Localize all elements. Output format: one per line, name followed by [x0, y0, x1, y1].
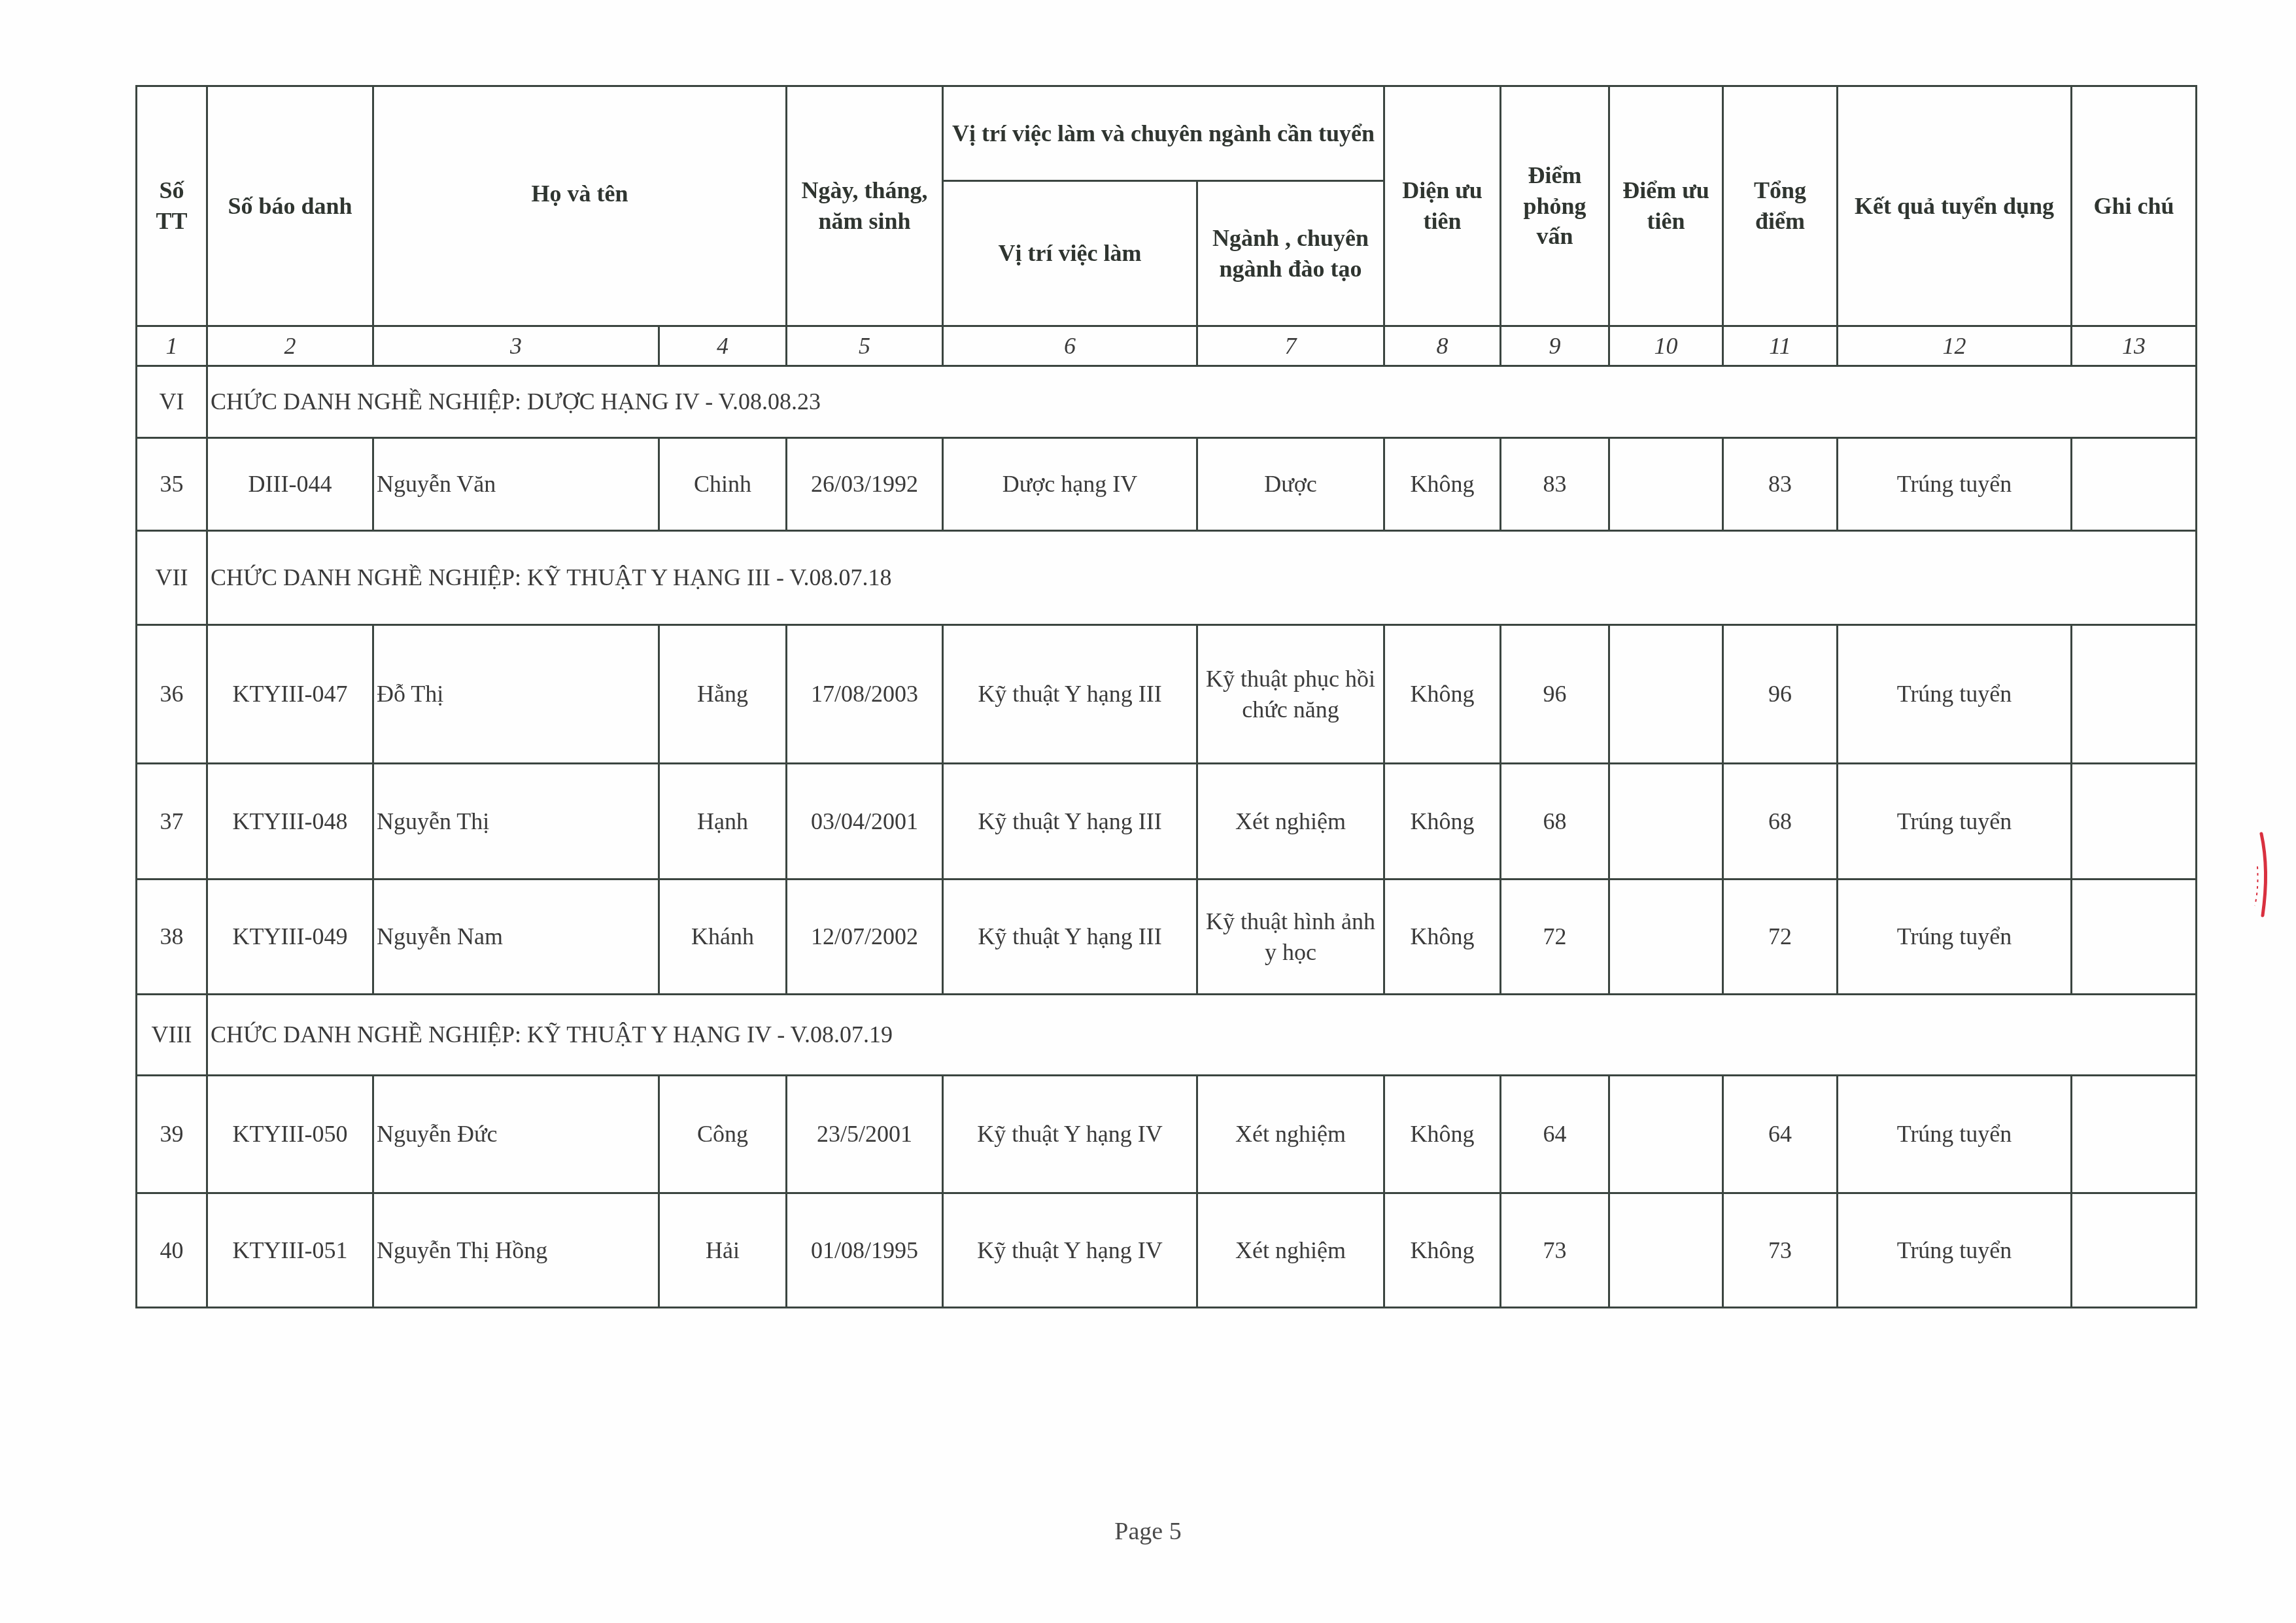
cell-diem-uu-tien	[1609, 1076, 1723, 1193]
cell-ngay-sinh: 01/08/1995	[787, 1193, 943, 1308]
cell-diem-uu-tien	[1609, 625, 1723, 764]
document-page: Số TT Số báo danh Họ và tên Ngày, tháng,…	[0, 0, 2296, 1623]
section-title: CHỨC DANH NGHỀ NGHIỆP: KỸ THUẬT Y HẠNG I…	[207, 995, 2197, 1076]
cell-dien-uu-tien: Không	[1384, 764, 1501, 880]
cell-ghi-chu	[2072, 1193, 2197, 1308]
cell-nganh: Kỹ thuật hình ảnh y học	[1197, 880, 1384, 995]
column-number-7: 7	[1197, 326, 1384, 366]
table-row: 40KTYIII-051Nguyễn Thị HồngHải01/08/1995…	[137, 1193, 2197, 1308]
recruitment-results-table: Số TT Số báo danh Họ và tên Ngày, tháng,…	[135, 85, 2197, 1308]
cell-ket-qua: Trúng tuyển	[1838, 625, 2072, 764]
cell-dien-uu-tien: Không	[1384, 438, 1501, 531]
header-diem-uu-tien: Điểm ưu tiên	[1609, 86, 1723, 326]
column-number-8: 8	[1384, 326, 1501, 366]
header-dien-uu-tien: Diện ưu tiên	[1384, 86, 1501, 326]
cell-ngay-sinh: 17/08/2003	[787, 625, 943, 764]
cell-vi-tri: Kỹ thuật Y hạng IV	[943, 1193, 1197, 1308]
cell-ten: Chinh	[659, 438, 787, 531]
cell-ngay-sinh: 03/04/2001	[787, 764, 943, 880]
cell-stt: 36	[137, 625, 207, 764]
cell-sbd: DIII-044	[207, 438, 373, 531]
cell-diem-phong-van: 64	[1501, 1076, 1609, 1193]
cell-ho: Nguyễn Thị Hồng	[373, 1193, 659, 1308]
cell-nganh: Xét nghiệm	[1197, 1193, 1384, 1308]
cell-stt: 39	[137, 1076, 207, 1193]
column-number-5: 5	[787, 326, 943, 366]
header-tong-diem: Tổng điểm	[1723, 86, 1838, 326]
table-row: 36KTYIII-047Đỗ ThịHằng17/08/2003Kỹ thuật…	[137, 625, 2197, 764]
column-number-3: 3	[373, 326, 659, 366]
cell-stt: 35	[137, 438, 207, 531]
cell-sbd: KTYIII-049	[207, 880, 373, 995]
header-ngay-sinh: Ngày, tháng, năm sinh	[787, 86, 943, 326]
table-header: Số TT Số báo danh Họ và tên Ngày, tháng,…	[137, 86, 2197, 366]
cell-vi-tri: Kỹ thuật Y hạng III	[943, 764, 1197, 880]
section-title: CHỨC DANH NGHỀ NGHIỆP: KỸ THUẬT Y HẠNG I…	[207, 531, 2197, 625]
cell-stt: 38	[137, 880, 207, 995]
cell-sbd: KTYIII-051	[207, 1193, 373, 1308]
cell-ten: Công	[659, 1076, 787, 1193]
cell-tong-diem: 73	[1723, 1193, 1838, 1308]
cell-ket-qua: Trúng tuyển	[1838, 1193, 2072, 1308]
cell-ho: Đỗ Thị	[373, 625, 659, 764]
cell-ghi-chu	[2072, 438, 2197, 531]
cell-diem-phong-van: 72	[1501, 880, 1609, 995]
table-body: VICHỨC DANH NGHỀ NGHIỆP: DƯỢC HẠNG IV - …	[137, 366, 2197, 1308]
column-number-4: 4	[659, 326, 787, 366]
cell-tong-diem: 83	[1723, 438, 1838, 531]
cell-ho: Nguyễn Nam	[373, 880, 659, 995]
cell-ngay-sinh: 23/5/2001	[787, 1076, 943, 1193]
header-ket-qua: Kết quả tuyển dụng	[1838, 86, 2072, 326]
header-vi-tri: Vị trí việc làm	[943, 181, 1197, 326]
column-number-1: 1	[137, 326, 207, 366]
header-sbd: Số báo danh	[207, 86, 373, 326]
header-diem-phong-van: Điểm phỏng vấn	[1501, 86, 1609, 326]
cell-sbd: KTYIII-048	[207, 764, 373, 880]
section-title: CHỨC DANH NGHỀ NGHIỆP: DƯỢC HẠNG IV - V.…	[207, 366, 2197, 438]
column-number-row: 12345678910111213	[137, 326, 2197, 366]
cell-nganh: Kỹ thuật phục hồi chức năng	[1197, 625, 1384, 764]
cell-diem-uu-tien	[1609, 1193, 1723, 1308]
cell-ho: Nguyễn Đức	[373, 1076, 659, 1193]
cell-ghi-chu	[2072, 764, 2197, 880]
section-header-row: VICHỨC DANH NGHỀ NGHIỆP: DƯỢC HẠNG IV - …	[137, 366, 2197, 438]
cell-diem-uu-tien	[1609, 764, 1723, 880]
cell-diem-phong-van: 73	[1501, 1193, 1609, 1308]
cell-dien-uu-tien: Không	[1384, 625, 1501, 764]
header-stt: Số TT	[137, 86, 207, 326]
cell-ten: Hải	[659, 1193, 787, 1308]
cell-ho: Nguyễn Văn	[373, 438, 659, 531]
cell-diem-uu-tien	[1609, 880, 1723, 995]
cell-nganh: Xét nghiệm	[1197, 1076, 1384, 1193]
cell-stt: 40	[137, 1193, 207, 1308]
cell-ho: Nguyễn Thị	[373, 764, 659, 880]
table-row: 37KTYIII-048Nguyễn ThịHạnh03/04/2001Kỹ t…	[137, 764, 2197, 880]
header-ho-ten: Họ và tên	[373, 86, 787, 326]
cell-dien-uu-tien: Không	[1384, 880, 1501, 995]
table-row: 38KTYIII-049Nguyễn NamKhánh12/07/2002Kỹ …	[137, 880, 2197, 995]
section-header-row: VIICHỨC DANH NGHỀ NGHIỆP: KỸ THUẬT Y HẠN…	[137, 531, 2197, 625]
column-number-11: 11	[1723, 326, 1838, 366]
header-ghi-chu: Ghi chú	[2072, 86, 2197, 326]
cell-ten: Hằng	[659, 625, 787, 764]
cell-diem-uu-tien	[1609, 438, 1723, 531]
cell-ten: Khánh	[659, 880, 787, 995]
section-roman-numeral: VII	[137, 531, 207, 625]
section-header-row: VIIICHỨC DANH NGHỀ NGHIỆP: KỸ THUẬT Y HẠ…	[137, 995, 2197, 1076]
cell-dien-uu-tien: Không	[1384, 1076, 1501, 1193]
cell-ket-qua: Trúng tuyển	[1838, 438, 2072, 531]
page-number: Page 5	[0, 1517, 2296, 1546]
header-nganh: Ngành , chuyên ngành đào tạo	[1197, 181, 1384, 326]
column-number-12: 12	[1838, 326, 2072, 366]
cell-ghi-chu	[2072, 625, 2197, 764]
cell-sbd: KTYIII-047	[207, 625, 373, 764]
section-roman-numeral: VI	[137, 366, 207, 438]
section-roman-numeral: VIII	[137, 995, 207, 1076]
cell-vi-tri: Kỹ thuật Y hạng III	[943, 625, 1197, 764]
cell-ghi-chu	[2072, 1076, 2197, 1193]
cell-ngay-sinh: 12/07/2002	[787, 880, 943, 995]
cell-stt: 37	[137, 764, 207, 880]
cell-ket-qua: Trúng tuyển	[1838, 1076, 2072, 1193]
table-row: 35DIII-044Nguyễn VănChinh26/03/1992Dược …	[137, 438, 2197, 531]
cell-tong-diem: 64	[1723, 1076, 1838, 1193]
header-vi-tri-group: Vị trí việc làm và chuyên ngành cần tuyể…	[943, 86, 1384, 181]
column-number-6: 6	[943, 326, 1197, 366]
cell-dien-uu-tien: Không	[1384, 1193, 1501, 1308]
cell-sbd: KTYIII-050	[207, 1076, 373, 1193]
column-number-10: 10	[1609, 326, 1723, 366]
cell-vi-tri: Dược hạng IV	[943, 438, 1197, 531]
red-margin-mark-icon	[2250, 830, 2276, 922]
cell-tong-diem: 72	[1723, 880, 1838, 995]
cell-nganh: Dược	[1197, 438, 1384, 531]
column-number-13: 13	[2072, 326, 2197, 366]
cell-diem-phong-van: 68	[1501, 764, 1609, 880]
cell-vi-tri: Kỹ thuật Y hạng IV	[943, 1076, 1197, 1193]
cell-ghi-chu	[2072, 880, 2197, 995]
cell-diem-phong-van: 96	[1501, 625, 1609, 764]
cell-ngay-sinh: 26/03/1992	[787, 438, 943, 531]
cell-tong-diem: 96	[1723, 625, 1838, 764]
column-number-9: 9	[1501, 326, 1609, 366]
cell-vi-tri: Kỹ thuật Y hạng III	[943, 880, 1197, 995]
column-number-2: 2	[207, 326, 373, 366]
cell-nganh: Xét nghiệm	[1197, 764, 1384, 880]
cell-ket-qua: Trúng tuyển	[1838, 764, 2072, 880]
cell-ket-qua: Trúng tuyển	[1838, 880, 2072, 995]
cell-ten: Hạnh	[659, 764, 787, 880]
cell-diem-phong-van: 83	[1501, 438, 1609, 531]
cell-tong-diem: 68	[1723, 764, 1838, 880]
table-row: 39KTYIII-050Nguyễn ĐứcCông23/5/2001Kỹ th…	[137, 1076, 2197, 1193]
